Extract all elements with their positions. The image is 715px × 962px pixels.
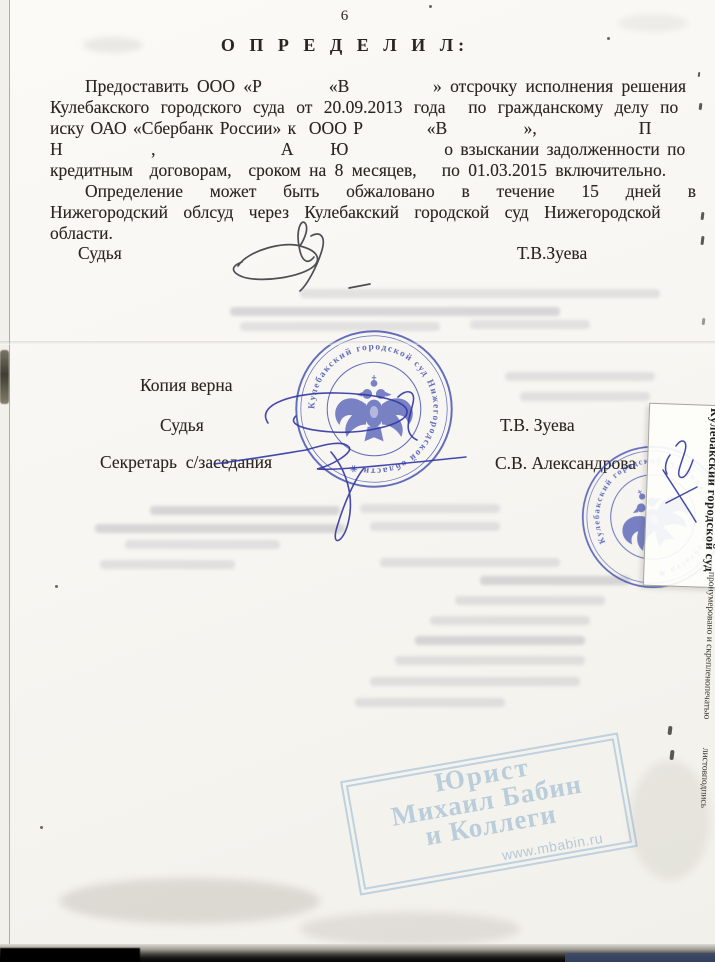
bleedthrough-line — [230, 307, 560, 316]
scanned-court-document: 6 О П Р Е Д Е Л И Л: Предоставить ООО «Р… — [0, 0, 715, 962]
body-line: иску ОАО «Сбербанк России» к ООО Р «В »,… — [50, 118, 690, 139]
bleedthrough-line — [415, 636, 585, 645]
secretary-label: Секретарь с/заседания — [100, 452, 272, 473]
copy-note: Копия верна — [140, 375, 233, 396]
lawyer-watermark-stamp: Юрист Михаил Бабин и Коллеги www.mbabin.… — [340, 732, 638, 895]
body-line: Предоставить ООО «Р «В » отсрочку исполн… — [50, 76, 690, 97]
court-round-stamp — [291, 326, 457, 492]
judge-name: Т.В.Зуева — [517, 243, 587, 264]
scan-speck — [429, 5, 432, 8]
bleedthrough-line — [470, 320, 590, 329]
bleedthrough-line — [300, 289, 660, 298]
paper-wrinkle — [60, 878, 320, 924]
ruling-title: О П Р Е Д Е Л И Л: — [0, 35, 690, 56]
page-number: 6 — [0, 8, 690, 25]
page-left-edge — [0, 0, 10, 948]
paper-wrinkle — [300, 912, 520, 946]
bleedthrough-line — [100, 560, 235, 569]
copy-judge-name: Т.В. Зуева — [500, 415, 575, 436]
body-line: Нижегородский облсуд через Кулебакский г… — [50, 202, 690, 223]
body-line: области. — [50, 223, 690, 244]
bleedthrough-line — [125, 540, 280, 549]
ruling-body: Предоставить ООО «Р «В » отсрочку исполн… — [50, 76, 690, 244]
bleedthrough-line — [430, 616, 590, 625]
scan-bottom-right-shadow — [565, 953, 715, 962]
bleedthrough-line — [455, 596, 605, 605]
bleedthrough-line — [355, 698, 505, 707]
binding-label-sticker: Кулебакский городской суд пронумеровано … — [643, 403, 715, 589]
binding-label-line: пронумеровано и скреплено — [642, 570, 715, 686]
body-line: Н , А Ю о взыскании задолженности по — [50, 139, 690, 160]
copy-judge-label: Судья — [160, 415, 204, 436]
scan-speck — [55, 585, 58, 588]
ink-mark — [701, 212, 705, 220]
bleedthrough-line — [370, 522, 500, 531]
bleedthrough-line — [150, 506, 340, 515]
body-line: Определение может быть обжаловано в тече… — [50, 181, 690, 202]
body-line: Кулебакского городского суда от 20.09.20… — [50, 97, 690, 118]
judge-label: Судья — [78, 243, 122, 264]
bleedthrough-line — [395, 656, 585, 665]
scan-bottom-left-shadow — [0, 948, 140, 962]
scan-speck — [607, 37, 610, 40]
bleedthrough-line — [95, 524, 345, 533]
ink-mark — [702, 318, 706, 325]
bleedthrough-line — [520, 392, 650, 401]
page-edge-shadow — [0, 350, 9, 404]
bleedthrough-line — [370, 677, 580, 686]
bleedthrough-line — [505, 372, 655, 381]
binding-label-court-name: Кулебакский городской суд — [646, 406, 715, 572]
scan-speck — [40, 826, 43, 829]
ink-mark — [699, 103, 703, 110]
bleedthrough-line — [360, 504, 500, 513]
bleedthrough-line — [380, 558, 560, 567]
fold-crease — [0, 341, 715, 345]
ink-mark — [698, 72, 701, 77]
body-line: кредитным договорам, сроком на 8 месяцев… — [50, 160, 690, 181]
paper-wrinkle — [630, 760, 710, 880]
ink-mark — [700, 236, 704, 245]
